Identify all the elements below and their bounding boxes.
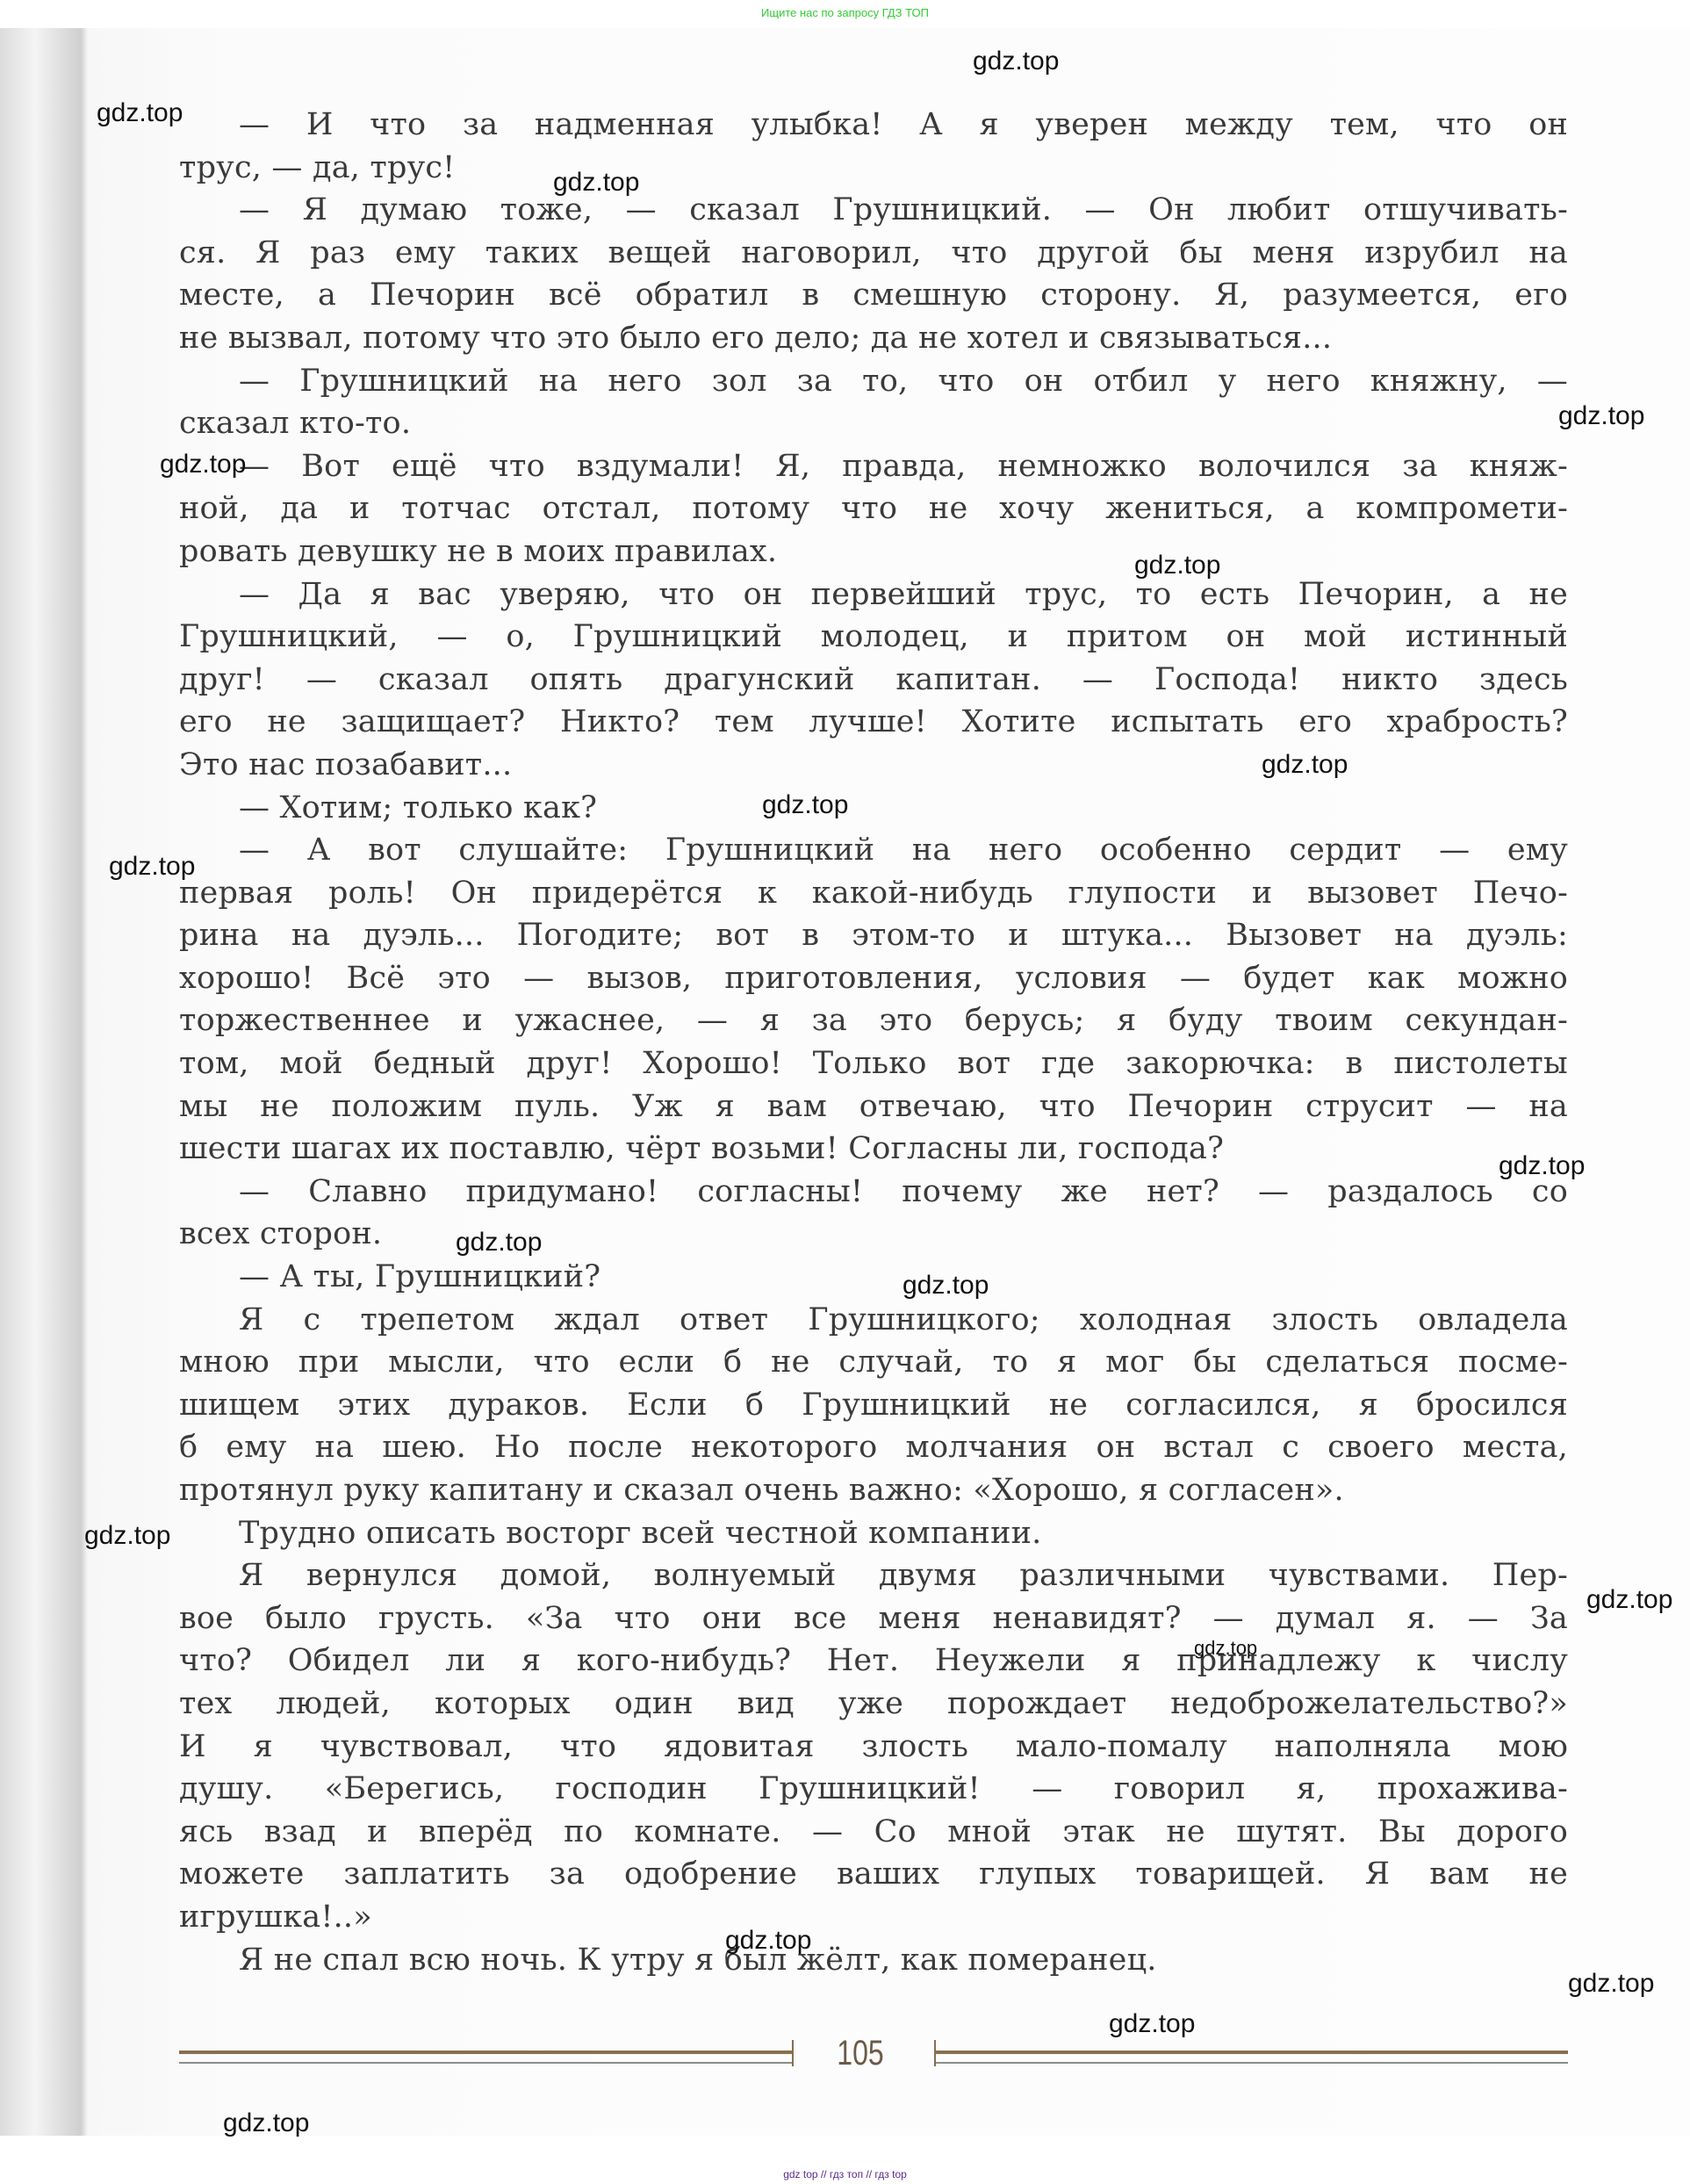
text-line: протянул руку капитану и сказал очень ва… — [179, 1469, 1568, 1512]
page-text: — И что за надменная улыбка! А я уверен … — [179, 104, 1568, 1981]
text-line: не вызвал, потому что это было его дело;… — [179, 317, 1568, 360]
watermark-text: gdz.top — [903, 1272, 989, 1299]
text-line: трус, — да, трус! — [179, 147, 1568, 190]
text-line: — Вот ещё что вздумали! Я, правда, немно… — [179, 445, 1568, 488]
watermark-text: gdz.top — [1568, 1971, 1654, 1997]
watermark-text: gdz.top — [109, 854, 195, 880]
text-line: — Славно придумано! согласны! почему же … — [179, 1171, 1568, 1214]
watermark-text: gdz.top — [1194, 1639, 1257, 1658]
watermark-text: gdz.top — [97, 100, 183, 126]
watermark-text: gdz.top — [1109, 2011, 1195, 2037]
text-line: всех сторон. — [179, 1213, 1568, 1256]
text-line: игрушка!..» — [179, 1896, 1568, 1939]
text-line: ясь взад и вперёд по комнате. — Со мной … — [179, 1811, 1568, 1854]
search-banner: Ищите нас по запросу ГДЗ ТОП — [0, 0, 1690, 26]
text-line: — Хотим; только как? — [179, 787, 1568, 830]
text-line: хорошо! Всё это — вызов, приготовления, … — [179, 957, 1568, 1000]
text-line: месте, а Печорин всё обратил в смешную с… — [179, 274, 1568, 317]
text-line: Грушницкий, — о, Грушницкий молодец, и п… — [179, 616, 1568, 659]
text-line: первая роль! Он придерётся к какой-нибуд… — [179, 872, 1568, 915]
footer-rule-right — [936, 2051, 1568, 2064]
text-line: Это нас позабавит... — [179, 744, 1568, 787]
text-line: торжественнее и ужаснее, — я за это беру… — [179, 999, 1568, 1042]
text-line: Я вернулся домой, волнуемый двумя различ… — [179, 1554, 1568, 1597]
text-line: ной, да и тотчас отстал, потому что не х… — [179, 487, 1568, 530]
watermark-text: gdz.top — [223, 2110, 309, 2137]
text-line: вое было грусть. «За что они все меня не… — [179, 1597, 1568, 1640]
text-line: — И что за надменная улыбка! А я уверен … — [179, 104, 1568, 147]
text-line: друг! — сказал опять драгунский капитан.… — [179, 659, 1568, 702]
text-line: шищем этих дураков. Если б Грушницкий не… — [179, 1384, 1568, 1427]
watermark-text: gdz.top — [973, 48, 1059, 75]
text-line: Трудно описать восторг всей честной комп… — [179, 1512, 1568, 1555]
text-line: что? Обидел ли я кого-нибудь? Нет. Неуже… — [179, 1640, 1568, 1683]
bottom-credit: gdz top // гдз топ // гдз top — [0, 2168, 1690, 2180]
text-line: ровать девушку не в моих правилах. — [179, 530, 1568, 573]
text-line: Я не спал всю ночь. К утру я был жёлт, к… — [179, 1939, 1568, 1982]
text-line: — Да я вас уверяю, что он первейший трус… — [179, 573, 1568, 616]
text-line: шести шагах их поставлю, чёрт возьми! Со… — [179, 1128, 1568, 1171]
text-line: — Грушницкий на него зол за то, что он о… — [179, 360, 1568, 403]
text-line: б ему на шею. Но после некоторого молчан… — [179, 1426, 1568, 1469]
watermark-text: gdz.top — [456, 1229, 542, 1256]
text-line: душу. «Берегись, господин Грушницкий! — … — [179, 1768, 1568, 1811]
watermark-text: gdz.top — [1586, 1587, 1672, 1613]
page-number: 105 — [825, 2034, 895, 2073]
text-line: — Я думаю тоже, — сказал Грушницкий. — О… — [179, 189, 1568, 232]
text-line: И я чувствовал, что ядовитая злость мало… — [179, 1726, 1568, 1769]
text-line: том, мой бедный друг! Хорошо! Только вот… — [179, 1042, 1568, 1085]
text-line: — А вот слушайте: Грушницкий на него осо… — [179, 829, 1568, 872]
footer-rule-left — [179, 2051, 792, 2064]
watermark-text: gdz.top — [1499, 1153, 1585, 1179]
watermark-text: gdz.top — [84, 1523, 170, 1549]
text-line: сказал кто-то. — [179, 402, 1568, 445]
watermark-text: gdz.top — [160, 451, 246, 478]
text-line: тех людей, которых один вид уже порождае… — [179, 1683, 1568, 1726]
text-line: — А ты, Грушницкий? — [179, 1256, 1568, 1299]
text-line: Я с трепетом ждал ответ Грушницкого; хол… — [179, 1299, 1568, 1342]
text-line: можете заплатить за одобрение ваших глуп… — [179, 1853, 1568, 1896]
text-line: его не защищает? Никто? тем лучше! Хотит… — [179, 701, 1568, 744]
watermark-text: gdz.top — [1134, 552, 1220, 579]
text-line: мы не положим пуль. Уж я вам отвечаю, чт… — [179, 1085, 1568, 1128]
text-line: ся. Я раз ему таких вещей наговорил, что… — [179, 232, 1568, 275]
watermark-text: gdz.top — [762, 792, 848, 818]
watermark-text: gdz.top — [1262, 752, 1348, 778]
footer-rule-left-cap — [792, 2040, 794, 2066]
watermark-text: gdz.top — [725, 1928, 811, 1954]
text-line: мною при мысли, что если б не случай, то… — [179, 1341, 1568, 1384]
watermark-text: gdz.top — [553, 169, 639, 196]
text-line: рина на дуэль... Погодите; вот в этом-то… — [179, 914, 1568, 957]
watermark-text: gdz.top — [1558, 403, 1644, 429]
